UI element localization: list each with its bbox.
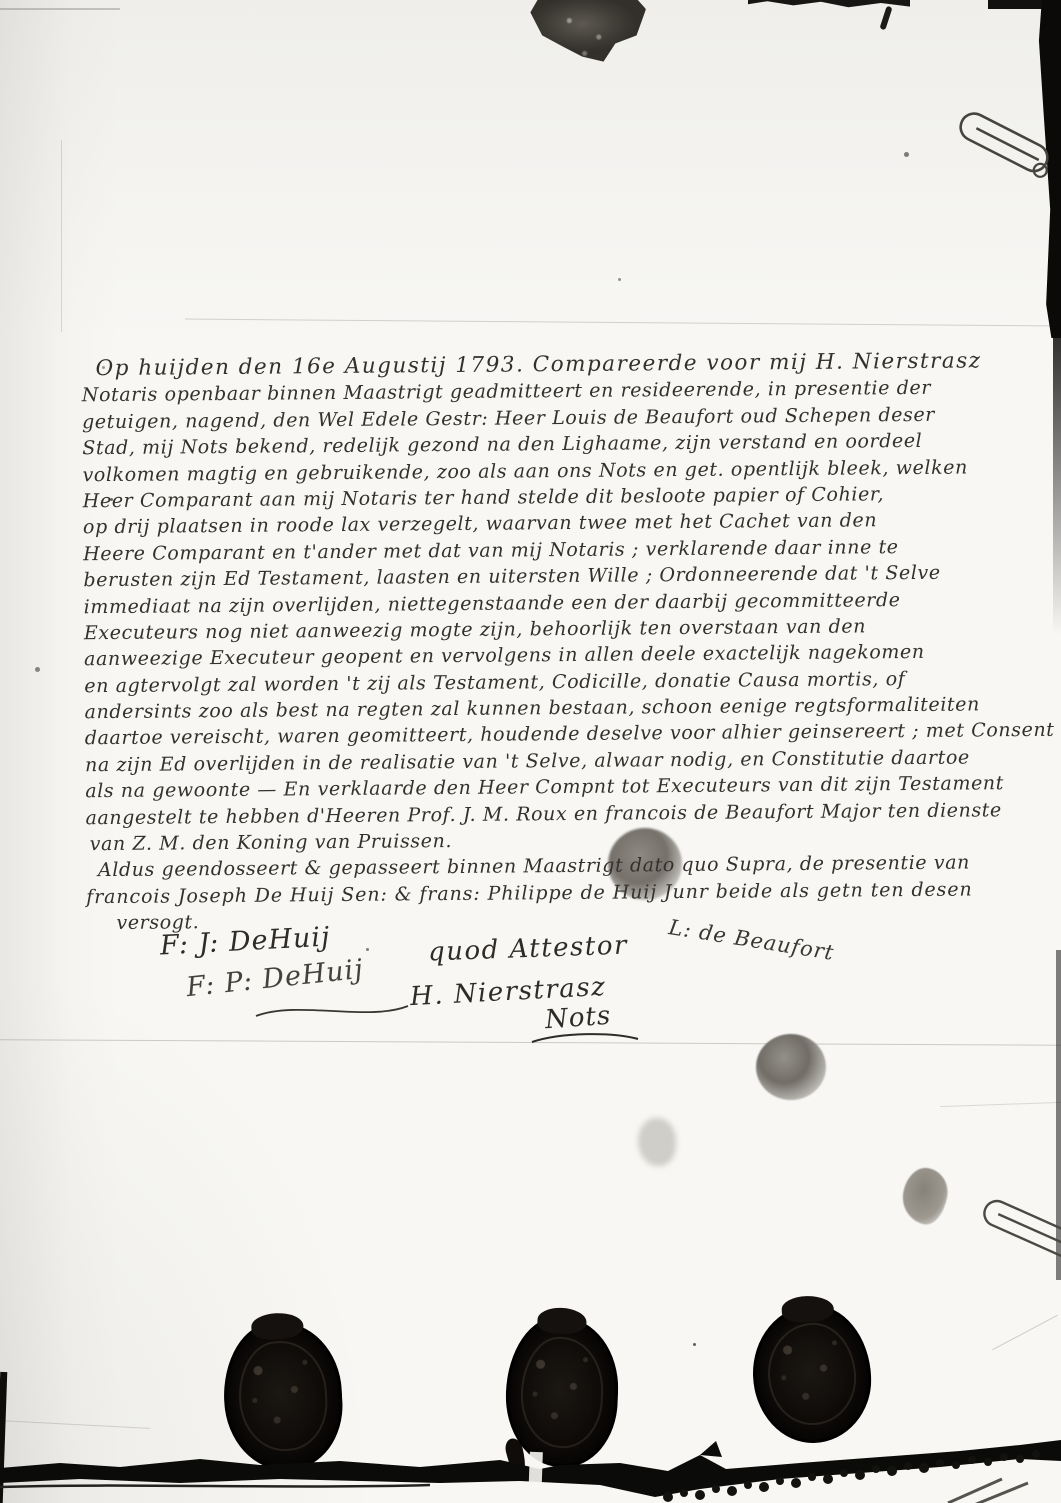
paperclip-icon <box>975 1186 1061 1268</box>
paper-gap <box>528 1452 543 1502</box>
signature-witness-2: F: P: DeHuij <box>185 954 365 1003</box>
fold-crease <box>0 8 120 10</box>
manuscript-text: Op huijden den 16e Augustij 1793. Compar… <box>81 348 1054 937</box>
signature-flourish <box>248 998 418 1024</box>
scan-edge-shadow <box>1053 335 1061 635</box>
fold-crease <box>940 1102 1061 1107</box>
ink-blot-icon <box>528 0 646 78</box>
smudge-stain <box>898 1165 951 1228</box>
fold-crease <box>992 1315 1058 1351</box>
signature-attestation: quod Attestor <box>428 931 629 968</box>
document-scan: Op huijden den 16e Augustij 1793. Compar… <box>0 0 1061 1503</box>
round-stain <box>756 1034 826 1100</box>
fold-crease <box>61 140 62 332</box>
fold-crease <box>185 319 1061 327</box>
signature-flourish <box>528 1030 644 1048</box>
paperclip-icon <box>950 102 1061 188</box>
ink-mark <box>879 6 892 31</box>
faint-stain <box>638 1118 676 1166</box>
